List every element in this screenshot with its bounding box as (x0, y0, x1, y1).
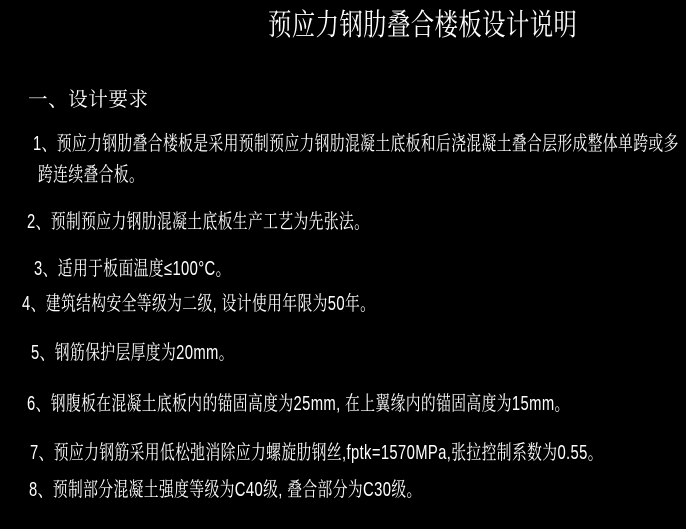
note-item-6: 6、钢腹板在混凝土底板内的锚固高度为25mm, 在上翼缘内的锚固高度为15mm。 (27, 394, 570, 414)
note-item-1-line-2: 跨连续叠合板。 (38, 165, 144, 185)
note-item-3: 3、适用于板面温度≤100°C。 (34, 259, 231, 279)
sheet-title: 预应力钢肋叠合楼板设计说明 (268, 11, 577, 41)
note-item-7: 7、预应力钢筋采用低松弛消除应力螺旋肋钢丝,fptk=1570MPa,张拉控制系… (30, 443, 603, 463)
note-item-8: 8、预制部分混凝土强度等级为C40级, 叠合部分为C30级。 (29, 480, 422, 500)
note-item-2: 2、预制预应力钢肋混凝土底板生产工艺为先张法。 (27, 212, 369, 232)
note-item-4: 4、建筑结构安全等级为二级, 设计使用年限为50年。 (22, 294, 375, 314)
drawing-sheet: 预应力钢肋叠合楼板设计说明 一、设计要求 1、预应力钢肋叠合楼板是采用预制预应力… (0, 0, 686, 529)
note-item-5: 5、钢筋保护层厚度为20mm。 (31, 343, 234, 363)
note-item-1-line-1: 1、预应力钢肋叠合楼板是采用预制预应力钢肋混凝土底板和后浇混凝土叠合层形成整体单… (33, 134, 679, 154)
section-heading-design-requirements: 一、设计要求 (28, 90, 149, 110)
